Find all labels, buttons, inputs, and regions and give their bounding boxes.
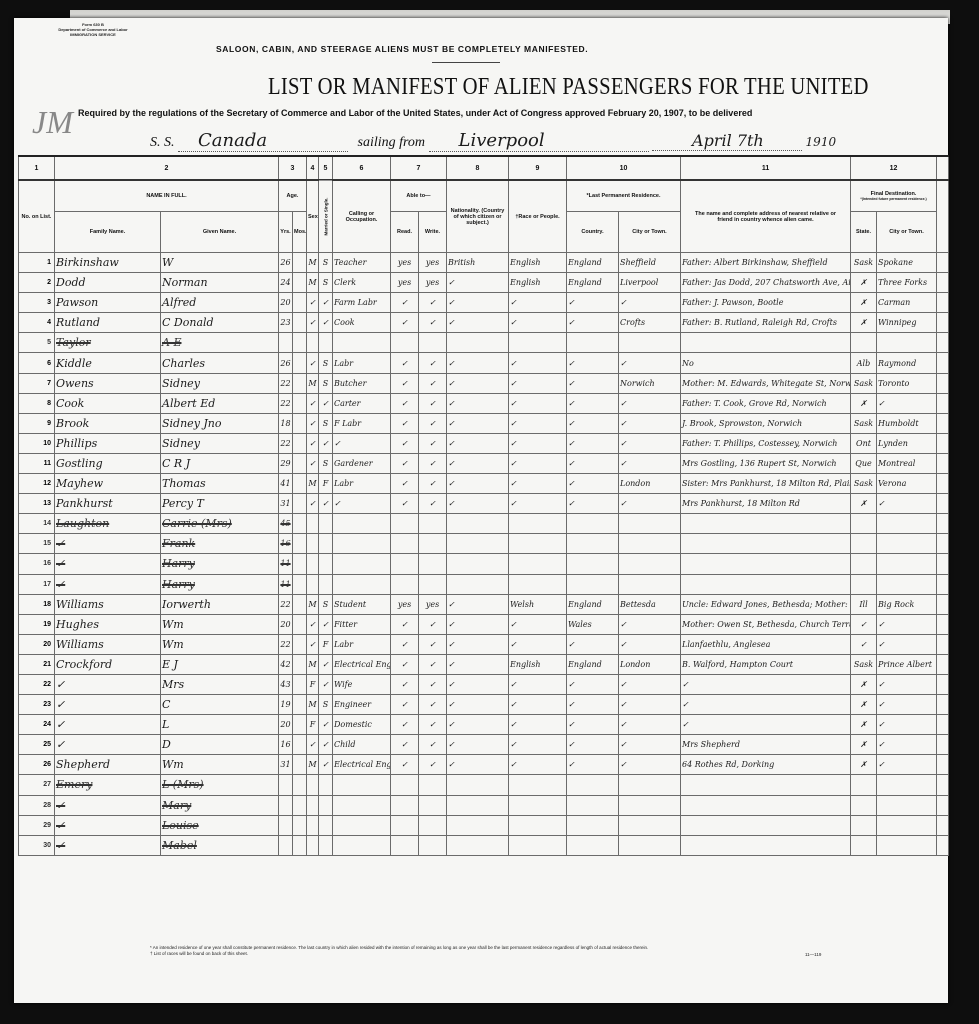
occupation: Gardener xyxy=(333,453,391,473)
table-row: 25✓D16✓✓Child✓✓✓✓✓✓Mrs Shepherd✗✓ xyxy=(19,735,949,755)
can-read: ✓ xyxy=(391,353,419,373)
nearest-relative xyxy=(681,775,851,795)
can-write: ✓ xyxy=(419,614,447,634)
age-months xyxy=(293,815,307,835)
age-years: 23 xyxy=(279,313,293,333)
sex: ✓ xyxy=(307,453,319,473)
destination-city xyxy=(877,815,937,835)
given-name: Wm xyxy=(161,634,279,654)
header-country: Country. xyxy=(567,212,619,253)
marital-status xyxy=(319,835,333,855)
row-number: 14 xyxy=(19,514,55,534)
residence-country: England xyxy=(567,253,619,273)
can-write xyxy=(419,574,447,594)
nearest-relative: ✓ xyxy=(681,715,851,735)
family-name: Gostling xyxy=(55,453,161,473)
destination-state: ✗ xyxy=(851,393,877,413)
row-number: 19 xyxy=(19,614,55,634)
age-years: 26 xyxy=(279,353,293,373)
nationality: ✓ xyxy=(447,695,509,715)
destination-city: Prince Albert xyxy=(877,654,937,674)
service-name: IMMIGRATION SERVICE xyxy=(58,32,128,37)
occupation: Cook xyxy=(333,313,391,333)
sex xyxy=(307,775,319,795)
col-number: 6 xyxy=(333,156,391,180)
can-read: ✓ xyxy=(391,393,419,413)
destination-city: Montreal xyxy=(877,453,937,473)
row-number: 8 xyxy=(19,393,55,413)
sex: F xyxy=(307,674,319,694)
nearest-relative: ✓ xyxy=(681,695,851,715)
header-nationality: Nationality. (Country of which citizen o… xyxy=(447,180,509,253)
race: English xyxy=(509,654,567,674)
destination-state: ✗ xyxy=(851,715,877,735)
residence-city xyxy=(619,795,681,815)
race: ✓ xyxy=(509,413,567,433)
age-months xyxy=(293,715,307,735)
occupation: Teacher xyxy=(333,253,391,273)
given-name: Carrie (Mrs) xyxy=(161,514,279,534)
residence-country: ✓ xyxy=(567,413,619,433)
age-years: 11 xyxy=(279,574,293,594)
marital-status: S xyxy=(319,413,333,433)
residence-country: ✓ xyxy=(567,353,619,373)
occupation: Fitter xyxy=(333,614,391,634)
can-write xyxy=(419,835,447,855)
row-number: 17 xyxy=(19,574,55,594)
nearest-relative: Sister: Mrs Pankhurst, 18 Milton Rd, Pla… xyxy=(681,474,851,494)
can-read: ✓ xyxy=(391,634,419,654)
residence-country xyxy=(567,333,619,353)
can-write: ✓ xyxy=(419,453,447,473)
marital-status: S xyxy=(319,253,333,273)
given-name: Harry xyxy=(161,574,279,594)
age-months xyxy=(293,393,307,413)
regulation-text: Required by the regulations of the Secre… xyxy=(78,108,752,118)
destination-city xyxy=(877,835,937,855)
table-row: 2DoddNorman24MSClerkyesyes✓EnglishEnglan… xyxy=(19,273,949,293)
blank xyxy=(937,634,949,654)
destination-state: ✗ xyxy=(851,755,877,775)
can-write: ✓ xyxy=(419,695,447,715)
age-months xyxy=(293,494,307,514)
header-race: †Race or People. xyxy=(509,180,567,253)
residence-city: Sheffield xyxy=(619,253,681,273)
row-number: 16 xyxy=(19,554,55,574)
nationality xyxy=(447,574,509,594)
destination-state: ✓ xyxy=(851,634,877,654)
can-write: ✓ xyxy=(419,634,447,654)
residence-city xyxy=(619,775,681,795)
nearest-relative: B. Walford, Hampton Court xyxy=(681,654,851,674)
residence-country: ✓ xyxy=(567,494,619,514)
col-number: 4 xyxy=(307,156,319,180)
col-number: 9 xyxy=(509,156,567,180)
nearest-relative: Father: B. Rutland, Raleigh Rd, Crofts xyxy=(681,313,851,333)
residence-city: London xyxy=(619,474,681,494)
nationality xyxy=(447,554,509,574)
age-years: 22 xyxy=(279,393,293,413)
nationality: ✓ xyxy=(447,293,509,313)
family-name: Dodd xyxy=(55,273,161,293)
marital-status: ✓ xyxy=(319,494,333,514)
family-name: Mayhew xyxy=(55,474,161,494)
occupation: Clerk xyxy=(333,273,391,293)
family-name: ✓ xyxy=(55,554,161,574)
race: ✓ xyxy=(509,715,567,735)
age-years: 11 xyxy=(279,554,293,574)
destination-city: ✓ xyxy=(877,494,937,514)
occupation xyxy=(333,514,391,534)
column-number-row: 1 2 3 4 5 6 7 8 9 10 11 12 xyxy=(19,156,949,180)
marital-status xyxy=(319,795,333,815)
residence-country: ✓ xyxy=(567,674,619,694)
family-name: Cook xyxy=(55,393,161,413)
can-write: ✓ xyxy=(419,715,447,735)
can-read xyxy=(391,795,419,815)
nearest-relative: Mrs Gostling, 136 Rupert St, Norwich xyxy=(681,453,851,473)
table-row: 22✓Mrs43F✓Wife✓✓✓✓✓✓✓✗✓ xyxy=(19,674,949,694)
blank xyxy=(937,534,949,554)
col-number: 1 xyxy=(19,156,55,180)
can-write xyxy=(419,333,447,353)
blank xyxy=(937,494,949,514)
family-name: ✓ xyxy=(55,695,161,715)
occupation: Labr xyxy=(333,353,391,373)
can-read: yes xyxy=(391,253,419,273)
blank xyxy=(937,654,949,674)
can-write xyxy=(419,554,447,574)
destination-state: ✓ xyxy=(851,614,877,634)
header-no-on-list: No. on List. xyxy=(19,180,55,253)
residence-country xyxy=(567,775,619,795)
family-name: ✓ xyxy=(55,835,161,855)
table-row: 29✓Louise xyxy=(19,815,949,835)
destination-state: ✗ xyxy=(851,494,877,514)
ship-line: S. S. Canada sailing from Liverpool Apri… xyxy=(150,130,836,152)
sex: ✓ xyxy=(307,313,319,333)
can-write: ✓ xyxy=(419,433,447,453)
family-name: Brook xyxy=(55,413,161,433)
age-months xyxy=(293,273,307,293)
can-write: yes xyxy=(419,594,447,614)
blank xyxy=(937,293,949,313)
destination-city xyxy=(877,574,937,594)
age-months xyxy=(293,554,307,574)
blank xyxy=(937,815,949,835)
occupation: Carter xyxy=(333,393,391,413)
nearest-relative: 64 Rothes Rd, Dorking xyxy=(681,755,851,775)
row-number: 25 xyxy=(19,735,55,755)
destination-city: Winnipeg xyxy=(877,313,937,333)
residence-city: ✓ xyxy=(619,614,681,634)
family-name: ✓ xyxy=(55,795,161,815)
sex: M xyxy=(307,695,319,715)
age-years xyxy=(279,815,293,835)
race: ✓ xyxy=(509,353,567,373)
destination-city: Carman xyxy=(877,293,937,313)
nationality xyxy=(447,835,509,855)
race: English xyxy=(509,253,567,273)
nationality: ✓ xyxy=(447,353,509,373)
table-row: 28✓Mary xyxy=(19,795,949,815)
sex xyxy=(307,554,319,574)
age-months xyxy=(293,373,307,393)
destination-city: ✓ xyxy=(877,674,937,694)
destination-city: Humboldt xyxy=(877,413,937,433)
occupation: Engineer xyxy=(333,695,391,715)
header-dest-city: City or Town. xyxy=(877,212,937,253)
col-number: 8 xyxy=(447,156,509,180)
age-months xyxy=(293,634,307,654)
age-years: 20 xyxy=(279,715,293,735)
age-months xyxy=(293,654,307,674)
row-number: 4 xyxy=(19,313,55,333)
footnote-races: † List of races will be found on back of… xyxy=(150,951,910,957)
sex xyxy=(307,835,319,855)
row-number: 28 xyxy=(19,795,55,815)
marital-status: F xyxy=(319,634,333,654)
destination-city: Spokane xyxy=(877,253,937,273)
nearest-relative: ✓ xyxy=(681,674,851,694)
can-write: ✓ xyxy=(419,674,447,694)
destination-city xyxy=(877,554,937,574)
race xyxy=(509,554,567,574)
age-years: 26 xyxy=(279,253,293,273)
age-years xyxy=(279,775,293,795)
given-name: Mary xyxy=(161,795,279,815)
nationality: British xyxy=(447,253,509,273)
age-years: 43 xyxy=(279,674,293,694)
nationality: ✓ xyxy=(447,715,509,735)
marital-status: ✓ xyxy=(319,393,333,413)
age-months xyxy=(293,514,307,534)
given-name: Wm xyxy=(161,755,279,775)
sex: ✓ xyxy=(307,413,319,433)
row-number: 27 xyxy=(19,775,55,795)
age-years: 24 xyxy=(279,273,293,293)
can-read: ✓ xyxy=(391,614,419,634)
marital-status xyxy=(319,333,333,353)
blank xyxy=(937,273,949,293)
sex: F xyxy=(307,715,319,735)
can-write: ✓ xyxy=(419,654,447,674)
age-years: 42 xyxy=(279,654,293,674)
can-write xyxy=(419,815,447,835)
nationality xyxy=(447,534,509,554)
nationality: ✓ xyxy=(447,735,509,755)
residence-country xyxy=(567,835,619,855)
residence-city: ✓ xyxy=(619,715,681,735)
col-number: 11 xyxy=(681,156,851,180)
occupation xyxy=(333,333,391,353)
can-read: ✓ xyxy=(391,695,419,715)
residence-city: Norwich xyxy=(619,373,681,393)
race xyxy=(509,795,567,815)
given-name: C xyxy=(161,695,279,715)
family-name: Rutland xyxy=(55,313,161,333)
residence-city: ✓ xyxy=(619,735,681,755)
nearest-relative xyxy=(681,795,851,815)
residence-city: ✓ xyxy=(619,353,681,373)
given-name: Albert Ed xyxy=(161,393,279,413)
given-name: Alfred xyxy=(161,293,279,313)
row-number: 22 xyxy=(19,674,55,694)
nationality: ✓ xyxy=(447,594,509,614)
row-number: 29 xyxy=(19,815,55,835)
table-row: 17✓Harry11 xyxy=(19,574,949,594)
header-final-destination: Final Destination. *(Intended future per… xyxy=(851,180,937,212)
nationality: ✓ xyxy=(447,674,509,694)
row-number: 9 xyxy=(19,413,55,433)
can-read xyxy=(391,333,419,353)
marital-status xyxy=(319,514,333,534)
can-read: ✓ xyxy=(391,735,419,755)
destination-state: Alb xyxy=(851,353,877,373)
can-read: ✓ xyxy=(391,474,419,494)
table-row: 30✓Mabel xyxy=(19,835,949,855)
can-write xyxy=(419,795,447,815)
blank xyxy=(937,514,949,534)
family-name: Emery xyxy=(55,775,161,795)
destination-city xyxy=(877,795,937,815)
can-read: ✓ xyxy=(391,674,419,694)
sex: M xyxy=(307,273,319,293)
blank xyxy=(937,594,949,614)
nearest-relative xyxy=(681,534,851,554)
residence-country: ✓ xyxy=(567,634,619,654)
residence-city: ✓ xyxy=(619,634,681,654)
residence-country: ✓ xyxy=(567,293,619,313)
sex: M xyxy=(307,755,319,775)
table-row: 11GostlingC R J29✓SGardener✓✓✓✓✓✓Mrs Gos… xyxy=(19,453,949,473)
age-years: 29 xyxy=(279,453,293,473)
row-number: 13 xyxy=(19,494,55,514)
residence-country: ✓ xyxy=(567,474,619,494)
nationality xyxy=(447,775,509,795)
header-read: Read. xyxy=(391,212,419,253)
residence-country: ✓ xyxy=(567,373,619,393)
family-name: Taylor xyxy=(55,333,161,353)
can-write xyxy=(419,514,447,534)
nearest-relative xyxy=(681,514,851,534)
age-months xyxy=(293,433,307,453)
nearest-relative: Father: T. Phillips, Costessey, Norwich xyxy=(681,433,851,453)
destination-state: Sask xyxy=(851,474,877,494)
blank xyxy=(937,474,949,494)
age-months xyxy=(293,594,307,614)
age-years xyxy=(279,835,293,855)
residence-city: ✓ xyxy=(619,433,681,453)
blank xyxy=(937,253,949,273)
header-last-residence: *Last Permanent Residence. xyxy=(567,180,681,212)
departure-port: Liverpool xyxy=(429,130,649,152)
destination-city: ✓ xyxy=(877,393,937,413)
marital-status: ✓ xyxy=(319,614,333,634)
race: ✓ xyxy=(509,494,567,514)
sailing-label: sailing from xyxy=(358,135,426,150)
destination-city: Big Rock xyxy=(877,594,937,614)
blank xyxy=(937,735,949,755)
residence-city: Bettesda xyxy=(619,594,681,614)
race: ✓ xyxy=(509,735,567,755)
family-name: Williams xyxy=(55,594,161,614)
occupation: ✓ xyxy=(333,433,391,453)
table-row: 8CookAlbert Ed22✓✓Carter✓✓✓✓✓✓Father: T.… xyxy=(19,393,949,413)
residence-country: ✓ xyxy=(567,313,619,333)
marital-status: S xyxy=(319,273,333,293)
destination-state xyxy=(851,574,877,594)
race xyxy=(509,835,567,855)
family-name: Hughes xyxy=(55,614,161,634)
occupation: Farm Labr xyxy=(333,293,391,313)
family-name: Kiddle xyxy=(55,353,161,373)
page-title: LIST OR MANIFEST OF ALIEN PASSENGERS FOR… xyxy=(268,74,869,101)
occupation: Student xyxy=(333,594,391,614)
race: ✓ xyxy=(509,674,567,694)
can-read: ✓ xyxy=(391,293,419,313)
residence-country: Wales xyxy=(567,614,619,634)
sex: ✓ xyxy=(307,393,319,413)
given-name: Frank xyxy=(161,534,279,554)
can-read xyxy=(391,534,419,554)
header-row-1: No. on List. NAME IN FULL. Age. Sex. Mar… xyxy=(19,180,949,212)
can-read: ✓ xyxy=(391,654,419,674)
row-number: 2 xyxy=(19,273,55,293)
nationality: ✓ xyxy=(447,453,509,473)
residence-city xyxy=(619,514,681,534)
age-years: 20 xyxy=(279,614,293,634)
can-write: ✓ xyxy=(419,413,447,433)
can-write: ✓ xyxy=(419,373,447,393)
residence-country xyxy=(567,534,619,554)
destination-state xyxy=(851,534,877,554)
can-read xyxy=(391,514,419,534)
col-number: 3 xyxy=(279,156,307,180)
race xyxy=(509,574,567,594)
destination-state: Ill xyxy=(851,594,877,614)
marital-status: S xyxy=(319,353,333,373)
age-months xyxy=(293,695,307,715)
race: ✓ xyxy=(509,373,567,393)
marital-status: ✓ xyxy=(319,313,333,333)
sex xyxy=(307,514,319,534)
family-name: Phillips xyxy=(55,433,161,453)
header-mos: Mos. xyxy=(293,212,307,253)
destination-city: Raymond xyxy=(877,353,937,373)
final-destination-note: *(Intended future permanent residence.) xyxy=(852,197,935,201)
marital-status xyxy=(319,815,333,835)
nearest-relative: Llanfaethlu, Anglesea xyxy=(681,634,851,654)
occupation: Butcher xyxy=(333,373,391,393)
family-name: ✓ xyxy=(55,534,161,554)
destination-state: ✗ xyxy=(851,735,877,755)
age-years xyxy=(279,795,293,815)
destination-state: ✗ xyxy=(851,273,877,293)
nearest-relative: Mrs Shepherd xyxy=(681,735,851,755)
marital-status xyxy=(319,775,333,795)
sex: ✓ xyxy=(307,494,319,514)
can-write: yes xyxy=(419,273,447,293)
table-row: 9BrookSidney Jno18✓SF Labr✓✓✓✓✓✓J. Brook… xyxy=(19,413,949,433)
given-name: Norman xyxy=(161,273,279,293)
sailing-year: 1910 xyxy=(806,135,837,149)
given-name: Sidney xyxy=(161,373,279,393)
nationality xyxy=(447,514,509,534)
table-row: 6KiddleCharles26✓SLabr✓✓✓✓✓✓NoAlbRaymond xyxy=(19,353,949,373)
age-months xyxy=(293,574,307,594)
residence-country xyxy=(567,574,619,594)
